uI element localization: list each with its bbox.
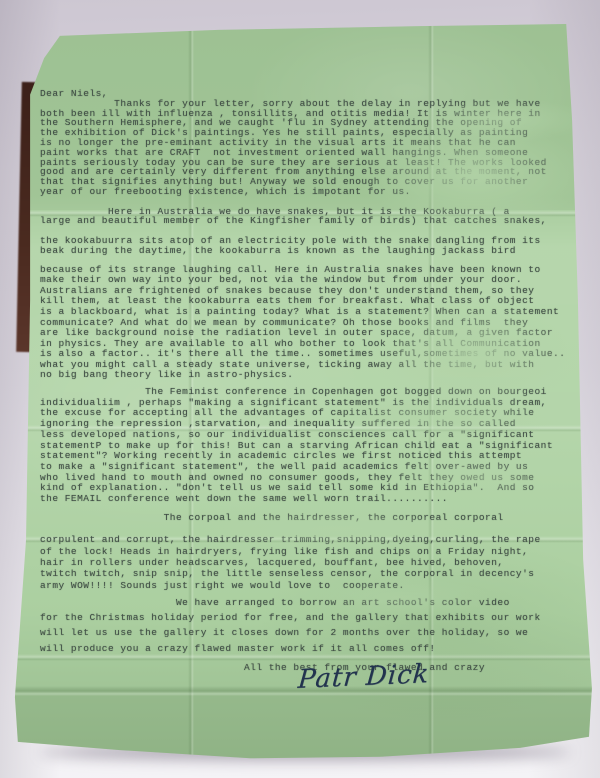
paragraph-section-4: The corpoal and the hairdresser, the cor…	[40, 512, 574, 591]
letter-line: for the Christmas holiday period for fre…	[40, 610, 574, 625]
letter-paper: Dear Niels, Thanks for your letter, sorr…	[12, 18, 596, 762]
letter-line: no big bang theory like in astro-physics…	[40, 370, 574, 381]
handwritten-signature: Patr Dick	[297, 659, 431, 695]
letter-line: The corpoal and the hairdresser, the cor…	[40, 512, 574, 523]
typewritten-letter-body: Dear Niels, Thanks for your letter, sorr…	[40, 89, 574, 673]
letter-line: of the lock! Heads in hairdryers, frying…	[40, 546, 574, 557]
letter-line: large and beautiful member of the Kingfi…	[40, 216, 574, 226]
paragraph-section-5: We have arranged to borrow an art school…	[40, 595, 574, 656]
letter-line: is a blackboard, what is a painting toda…	[40, 307, 574, 318]
letter-line: twitch twitch, snip snip, the little sen…	[40, 568, 574, 579]
letter-line	[40, 523, 574, 534]
letter-line: corpulent and corrupt, the hairdresser t…	[40, 534, 574, 545]
letter-line: beak during the daytime, the kookaburra …	[40, 246, 574, 256]
letter-line: hair in rollers under headscarves, lacqu…	[40, 557, 574, 568]
letter-line: the FEMAIL conference went down the same…	[40, 494, 574, 505]
letter-line: will produce you a crazy flawed master w…	[40, 641, 574, 656]
paragraph-section-2: because of its strange laughing call. He…	[40, 265, 574, 382]
letter-line: We have arranged to borrow an art school…	[40, 595, 574, 610]
paragraph-section-3: The Feminist conference in Copenhagen go…	[40, 387, 574, 505]
letter-line: will let us use the gallery it closes do…	[40, 625, 574, 640]
letter-line: less developed nations, so our individua…	[40, 430, 574, 441]
photo-background: Dear Niels, Thanks for your letter, sorr…	[0, 0, 600, 778]
letter-line: year of our freebooting existence, which…	[40, 187, 574, 197]
letter-line: army WOW!!!! Sounds just right we would …	[40, 580, 574, 591]
paragraph-section-1: Dear Niels, Thanks for your letter, sorr…	[40, 89, 574, 256]
